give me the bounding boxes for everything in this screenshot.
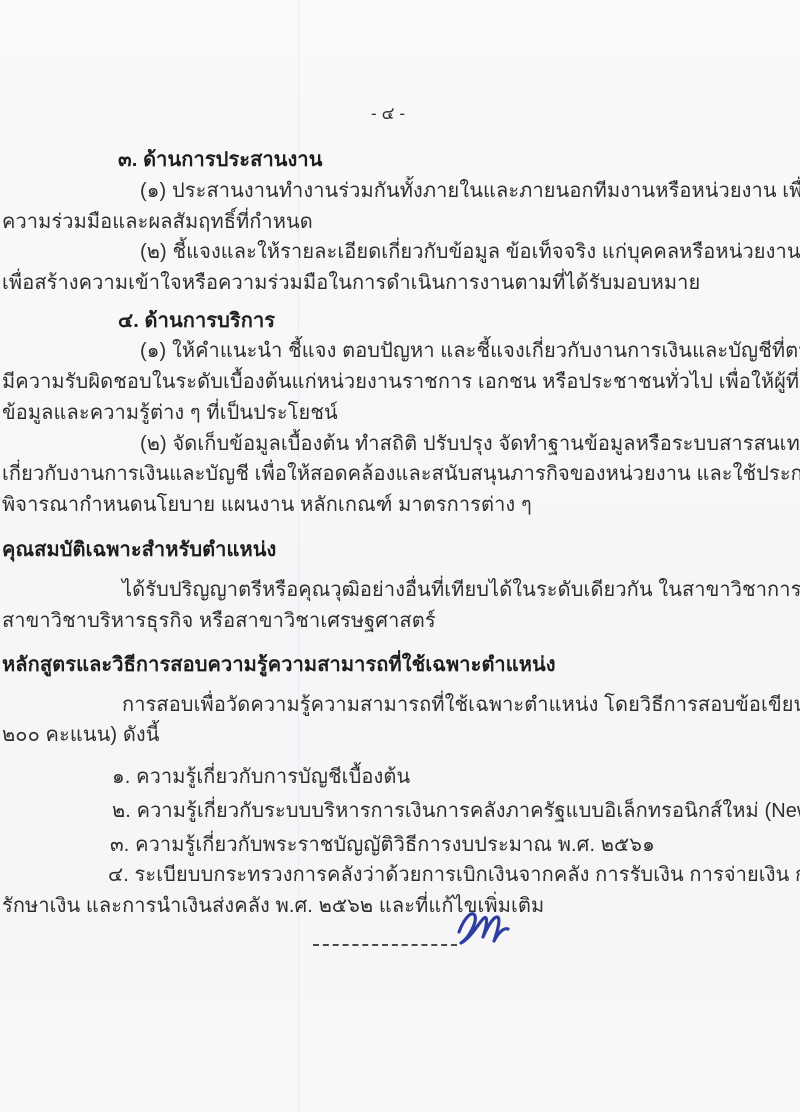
exam-heading: หลักสูตรและวิธีการสอบความรู้ความสามารถที… bbox=[2, 652, 556, 679]
page-number: - ๔ - bbox=[371, 100, 405, 127]
exam-intro: การสอบเพื่อวัดความรู้ความสามารถที่ใช้เฉพ… bbox=[122, 692, 800, 719]
qualifications-cont: สาขาวิชาบริหารธุรกิจ หรือสาขาวิชาเศรษฐศา… bbox=[2, 608, 436, 635]
exam-topic-2: ๒. ความรู้เกี่ยวกับระบบบริหารการเงินการค… bbox=[112, 798, 800, 825]
exam-topic-4-cont: รักษาเงิน และการนำเงินส่งคลัง พ.ศ. ๒๕๖๒ … bbox=[2, 893, 544, 920]
exam-topic-1: ๑. ความรู้เกี่ยวกับการบัญชีเบื้องต้น bbox=[112, 764, 410, 791]
section-4-item-2: (๒) จัดเก็บข้อมูลเบื้องต้น ทำสถิติ ปรับป… bbox=[140, 431, 800, 458]
exam-intro-cont: ๒๐๐ คะแนน) ดังนี้ bbox=[2, 722, 160, 749]
section-3-heading: ๓. ด้านการประสานงาน bbox=[118, 147, 323, 174]
section-3-item-1: (๑) ประสานงานทำงานร่วมกันทั้งภายในและภาย… bbox=[140, 178, 800, 205]
exam-topic-3: ๓. ความรู้เกี่ยวกับพระราชบัญญัติวิธีการง… bbox=[110, 832, 655, 859]
section-4-item-1: (๑) ให้คำแนะนำ ชี้แจง ตอบปัญหา และชี้แจง… bbox=[140, 338, 800, 365]
exam-topic-4: ๔. ระเบียบบกระทรวงการคลังว่าด้วยการเบิกเ… bbox=[108, 862, 800, 889]
closing-dashed-line bbox=[313, 944, 457, 946]
scanned-document-page: - ๔ -๓. ด้านการประสานงาน(๑) ประสานงานทำง… bbox=[0, 0, 800, 1112]
qualifications-heading: คุณสมบัติเฉพาะสำหรับตำแหน่ง bbox=[2, 537, 276, 564]
section-4-item-1-cont2: ข้อมูลและความรู้ต่าง ๆ ที่เป็นประโยชน์ bbox=[2, 400, 338, 427]
section-4-heading: ๔. ด้านการบริการ bbox=[118, 308, 275, 335]
section-4-item-1-cont1: มีความรับผิดชอบในระดับเบื้องต้นแก่หน่วยง… bbox=[2, 369, 800, 396]
qualifications-body: ได้รับปริญญาตรีหรือคุณวุฒิอย่างอื่นที่เท… bbox=[122, 577, 800, 604]
section-3-item-1-cont: ความร่วมมือและผลสัมฤทธิ์ที่กำหนด bbox=[2, 209, 313, 236]
section-4-item-2-cont1: เกี่ยวกับงานการเงินและบัญชี เพื่อให้สอดค… bbox=[2, 461, 800, 488]
section-4-item-2-cont2: พิจารณากำหนดนโยบาย แผนงาน หลักเกณฑ์ มาตร… bbox=[2, 492, 532, 519]
section-3-item-2-cont: เพื่อสร้างความเข้าใจหรือความร่วมมือในการ… bbox=[2, 270, 700, 297]
section-3-item-2: (๒) ชี้แจงและให้รายละเอียดเกี่ยวกับข้อมู… bbox=[140, 239, 800, 266]
